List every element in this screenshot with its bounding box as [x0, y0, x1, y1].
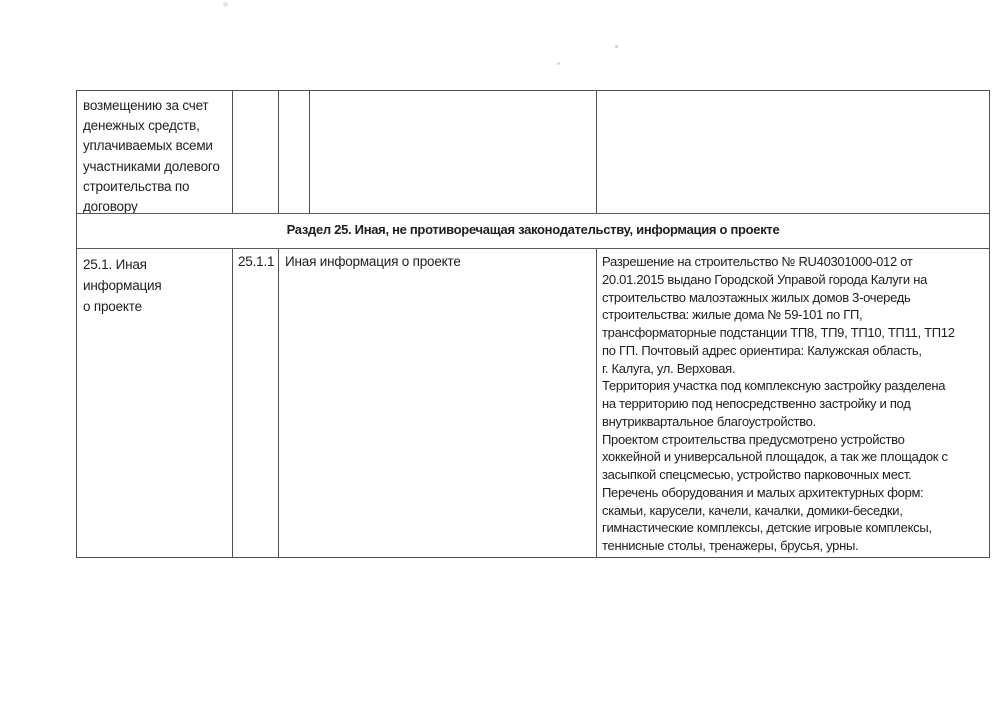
cell-category-25-1: 25.1. Иная информация о проекте [77, 249, 233, 557]
scanned-document-page: возмещению за счет денежных средств, упл… [0, 0, 1000, 706]
cell-empty [233, 91, 279, 213]
cell-empty [310, 91, 597, 213]
scan-speck [615, 45, 618, 48]
cell-item-number-25-1-1: 25.1.1 [233, 249, 279, 557]
table-row-continuation: возмещению за счет денежных средств, упл… [77, 91, 989, 213]
section-25-title: Раздел 25. Иная, не противоречащая закон… [77, 214, 989, 248]
table-row-info: 25.1. Иная информация о проекте 25.1.1 И… [77, 248, 989, 557]
cell-empty [597, 91, 989, 213]
scan-speck [557, 62, 560, 65]
cell-empty [279, 91, 310, 213]
cell-repayment-description: возмещению за счет денежных средств, упл… [77, 91, 233, 213]
project-declaration-table: возмещению за счет денежных средств, упл… [76, 90, 990, 558]
section-25-header-row: Раздел 25. Иная, не противоречащая закон… [77, 213, 989, 248]
scan-speck [223, 2, 228, 7]
cell-item-title: Иная информация о проекте [279, 249, 597, 557]
cell-project-details: Разрешение на строительство № RU40301000… [597, 249, 989, 557]
